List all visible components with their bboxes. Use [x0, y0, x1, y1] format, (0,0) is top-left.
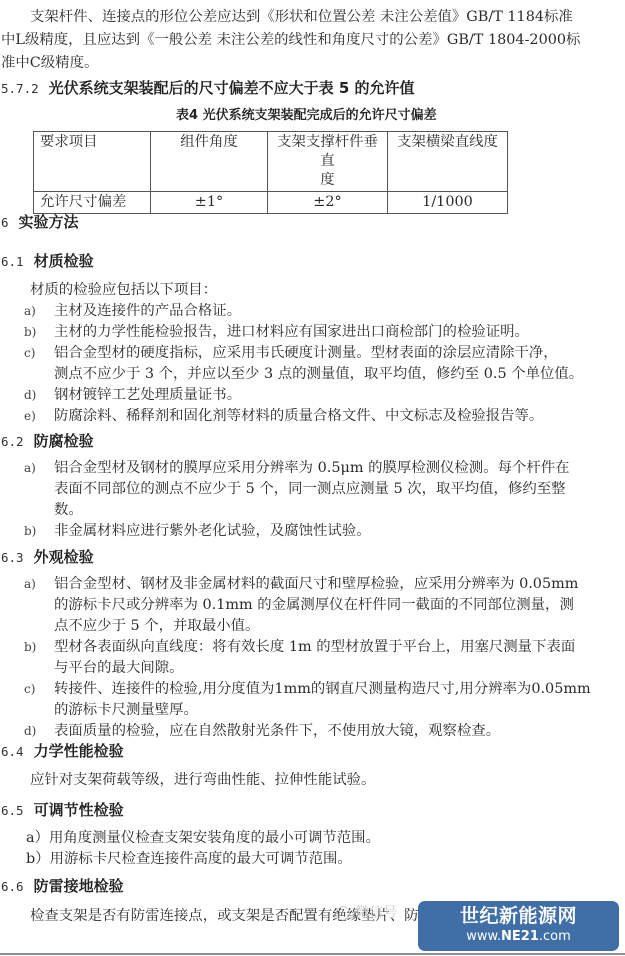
list-label: c)	[24, 343, 54, 363]
wechat-icon: ◯	[335, 905, 351, 921]
list-item-continued: 表面不同部位的测点不应少于 5 个，同一测点应测量 5 次，取平均值，修约至整	[54, 479, 566, 499]
bottom-divider	[0, 953, 625, 955]
list-item: b）用游标卡尺检查连接件高度的最大可调节范围。	[26, 849, 352, 869]
list-label: c)	[24, 679, 54, 699]
section-number: 6.1	[1, 254, 24, 269]
list-item: a）用角度测量仪检查支架安装角度的最小可调节范围。	[26, 828, 380, 848]
section-title: 光伏系统支架装配后的尺寸偏差不应大于表 5 的允许值	[49, 79, 415, 97]
section-title: 材质检验	[34, 252, 94, 270]
table-header-cell: 组件角度	[151, 132, 268, 192]
list-item: b)主材的力学性能检验报告，进口材料应有国家进出口商检部门的检验证明。	[24, 322, 529, 342]
section-6-1-intro: 材质的检验应包括以下项目：	[30, 280, 217, 300]
list-item: d)钢材镀锌工艺处理质量证书。	[24, 385, 241, 405]
table-header-row: 要求项目 组件角度 支架支撑杆件垂直度 支架横梁直线度	[34, 132, 508, 192]
ne21-logo: 世纪新能源网 www.NE21.com	[418, 901, 619, 951]
section-number: 6	[1, 215, 9, 230]
section-number: 6.3	[1, 550, 24, 565]
header-text-wrap: 度	[320, 172, 334, 188]
list-text: 表面质量的检验，应在自然散射光条件下，不使用放大镜，观察检查。	[54, 723, 500, 739]
list-text: 非金属材料应进行紫外老化试验，及腐蚀性试验。	[54, 523, 371, 539]
list-item: e)防腐涂料、稀释剂和固化剂等材料的质量合格文件、中文标志及检验报告等。	[24, 406, 543, 426]
table-caption: 表4 光伏系统支架装配完成后的允许尺寸偏差	[176, 104, 437, 123]
section-6-3-heading: 6.3外观检验	[1, 546, 94, 567]
list-item: b)非金属材料应进行紫外老化试验，及腐蚀性试验。	[24, 521, 371, 541]
table-header-cell: 支架支撑杆件垂直度	[268, 132, 388, 192]
intro-line-3: 准中C级精度。	[1, 53, 98, 73]
logo-url: www.NE21.com	[418, 928, 619, 946]
table-cell: ±1°	[151, 192, 268, 214]
section-number: 5.7.2	[1, 81, 39, 96]
section-number: 6.4	[1, 744, 24, 759]
section-6-5-heading: 6.5可调节性检验	[1, 799, 124, 820]
list-text: 主材及连接件的产品合格证。	[54, 303, 241, 319]
list-item: c)铝合金型材的硬度指标，应采用韦氏硬度计测量。型材表面的涂层应清除干净，	[24, 343, 558, 363]
list-text: 型材各表面纵向直线度：将有效长度 1m 的型材放置于平台上，用塞尺测量下表面	[54, 639, 575, 655]
section-title: 实验方法	[19, 213, 79, 231]
tolerance-table: 要求项目 组件角度 支架支撑杆件垂直度 支架横梁直线度 允许尺寸偏差 ±1° ±…	[33, 131, 508, 214]
list-text: 铝合金型材及钢材的膜厚应采用分辨率为 0.5μm 的膜厚检测仪检测。每个杆件在	[54, 460, 570, 476]
list-item: d)表面质量的检验，应在自然散射光条件下，不使用放大镜，观察检查。	[24, 721, 500, 741]
list-label: b)	[24, 521, 54, 541]
section-6-heading: 6实验方法	[1, 211, 79, 232]
list-text: 铝合金型材的硬度指标，应采用韦氏硬度计测量。型材表面的涂层应清除干净，	[54, 345, 558, 361]
section-title: 力学性能检验	[34, 742, 124, 760]
list-item-continued: 点不应少于 5 个，并取最小值。	[54, 616, 259, 636]
list-item-continued: 的游标卡尺测量壁厚。	[54, 700, 198, 720]
logo-url-suffix: .com	[539, 929, 571, 944]
intro-line-2: 中L级精度，且应达到《一般公差 未注公差的线性和角度尺寸的公差》GB/T 180…	[1, 30, 580, 50]
table-cell: 1/1000	[388, 192, 508, 214]
list-item: a)铝合金型材及钢材的膜厚应采用分辨率为 0.5μm 的膜厚检测仪检测。每个杆件…	[24, 458, 570, 478]
list-text: 转接件、连接件的检验,用分度值为1mm的钢直尺测量构造尺寸,用分辨率为0.05m…	[54, 681, 591, 697]
section-5-7-2-heading: 5.7.2光伏系统支架装配后的尺寸偏差不应大于表 5 的允许值	[1, 77, 415, 98]
list-label: b)	[24, 637, 54, 657]
list-item: c)转接件、连接件的检验,用分度值为1mm的钢直尺测量构造尺寸,用分辨率为0.0…	[24, 679, 591, 699]
list-item: a)铝合金型材、钢材及非金属材料的截面尺寸和壁厚检验，应采用分辨率为 0.05m…	[24, 574, 578, 594]
section-title: 外观检验	[34, 548, 94, 566]
list-text: 主材的力学性能检验报告，进口材料应有国家进出口商检部门的检验证明。	[54, 324, 529, 340]
table-header-cell: 支架横梁直线度	[388, 132, 508, 192]
list-text: 防腐涂料、稀释剂和固化剂等材料的质量合格文件、中文标志及检验报告等。	[54, 408, 543, 424]
list-item-continued: 数。	[54, 500, 83, 520]
section-6-1-heading: 6.1材质检验	[1, 250, 94, 271]
table-header-cell: 要求项目	[34, 132, 151, 192]
section-title: 可调节性检验	[34, 801, 124, 819]
wechat-watermark-text: 微信号	[355, 905, 397, 921]
list-item-continued: 与平台的最大间隙。	[54, 658, 184, 678]
list-label: d)	[24, 385, 54, 405]
section-number: 6.6	[1, 879, 24, 894]
header-text: 支架支撑杆件垂直	[277, 134, 378, 169]
list-item-continued: 的游标卡尺或分辨率为 0.1mm 的金属测厚仪在杆件同一截面的不同部位测量，测	[54, 595, 574, 615]
list-item-continued: 测点不应少于 3 个，并应以至少 3 点的测量值，取平均值，修约至 0.5 个单…	[54, 364, 583, 384]
wechat-watermark: ◯ 微信号	[335, 902, 397, 922]
list-label: a)	[24, 301, 54, 321]
logo-cn-name: 世纪新能源网	[418, 904, 619, 928]
table-row: 允许尺寸偏差 ±1° ±2° 1/1000	[34, 192, 508, 214]
section-title: 防雷接地检验	[34, 877, 124, 895]
list-item: b)型材各表面纵向直线度：将有效长度 1m 的型材放置于平台上，用塞尺测量下表面	[24, 637, 575, 657]
list-label: a)	[24, 458, 54, 478]
list-label: d)	[24, 721, 54, 741]
list-label: a)	[24, 574, 54, 594]
section-number: 6.2	[1, 434, 24, 449]
section-6-6-heading: 6.6防雷接地检验	[1, 875, 124, 896]
section-6-4-text: 应针对支架荷载等级，进行弯曲性能、拉伸性能试验。	[30, 770, 375, 790]
list-text: 铝合金型材、钢材及非金属材料的截面尺寸和壁厚检验，应采用分辨率为 0.05mm	[54, 576, 578, 592]
section-6-2-heading: 6.2防腐检验	[1, 430, 94, 451]
list-text: 钢材镀锌工艺处理质量证书。	[54, 387, 241, 403]
section-title: 防腐检验	[34, 432, 94, 450]
list-label: b)	[24, 322, 54, 342]
section-6-4-heading: 6.4力学性能检验	[1, 740, 124, 761]
section-number: 6.5	[1, 803, 24, 818]
table-cell: ±2°	[268, 192, 388, 214]
section-6-6-text: 检查支架是否有防雷连接点，或支架是否配置有绝缘垫片、防雷配件。	[30, 906, 476, 926]
logo-url-prefix: www.	[466, 929, 501, 944]
list-label: e)	[24, 406, 54, 426]
logo-url-brand: NE21	[501, 929, 539, 944]
list-item: a)主材及连接件的产品合格证。	[24, 301, 241, 321]
intro-line-1: 支架杆件、连接点的形位公差应达到《形状和位置公差 未注公差值》GB/T 1184…	[30, 7, 573, 27]
